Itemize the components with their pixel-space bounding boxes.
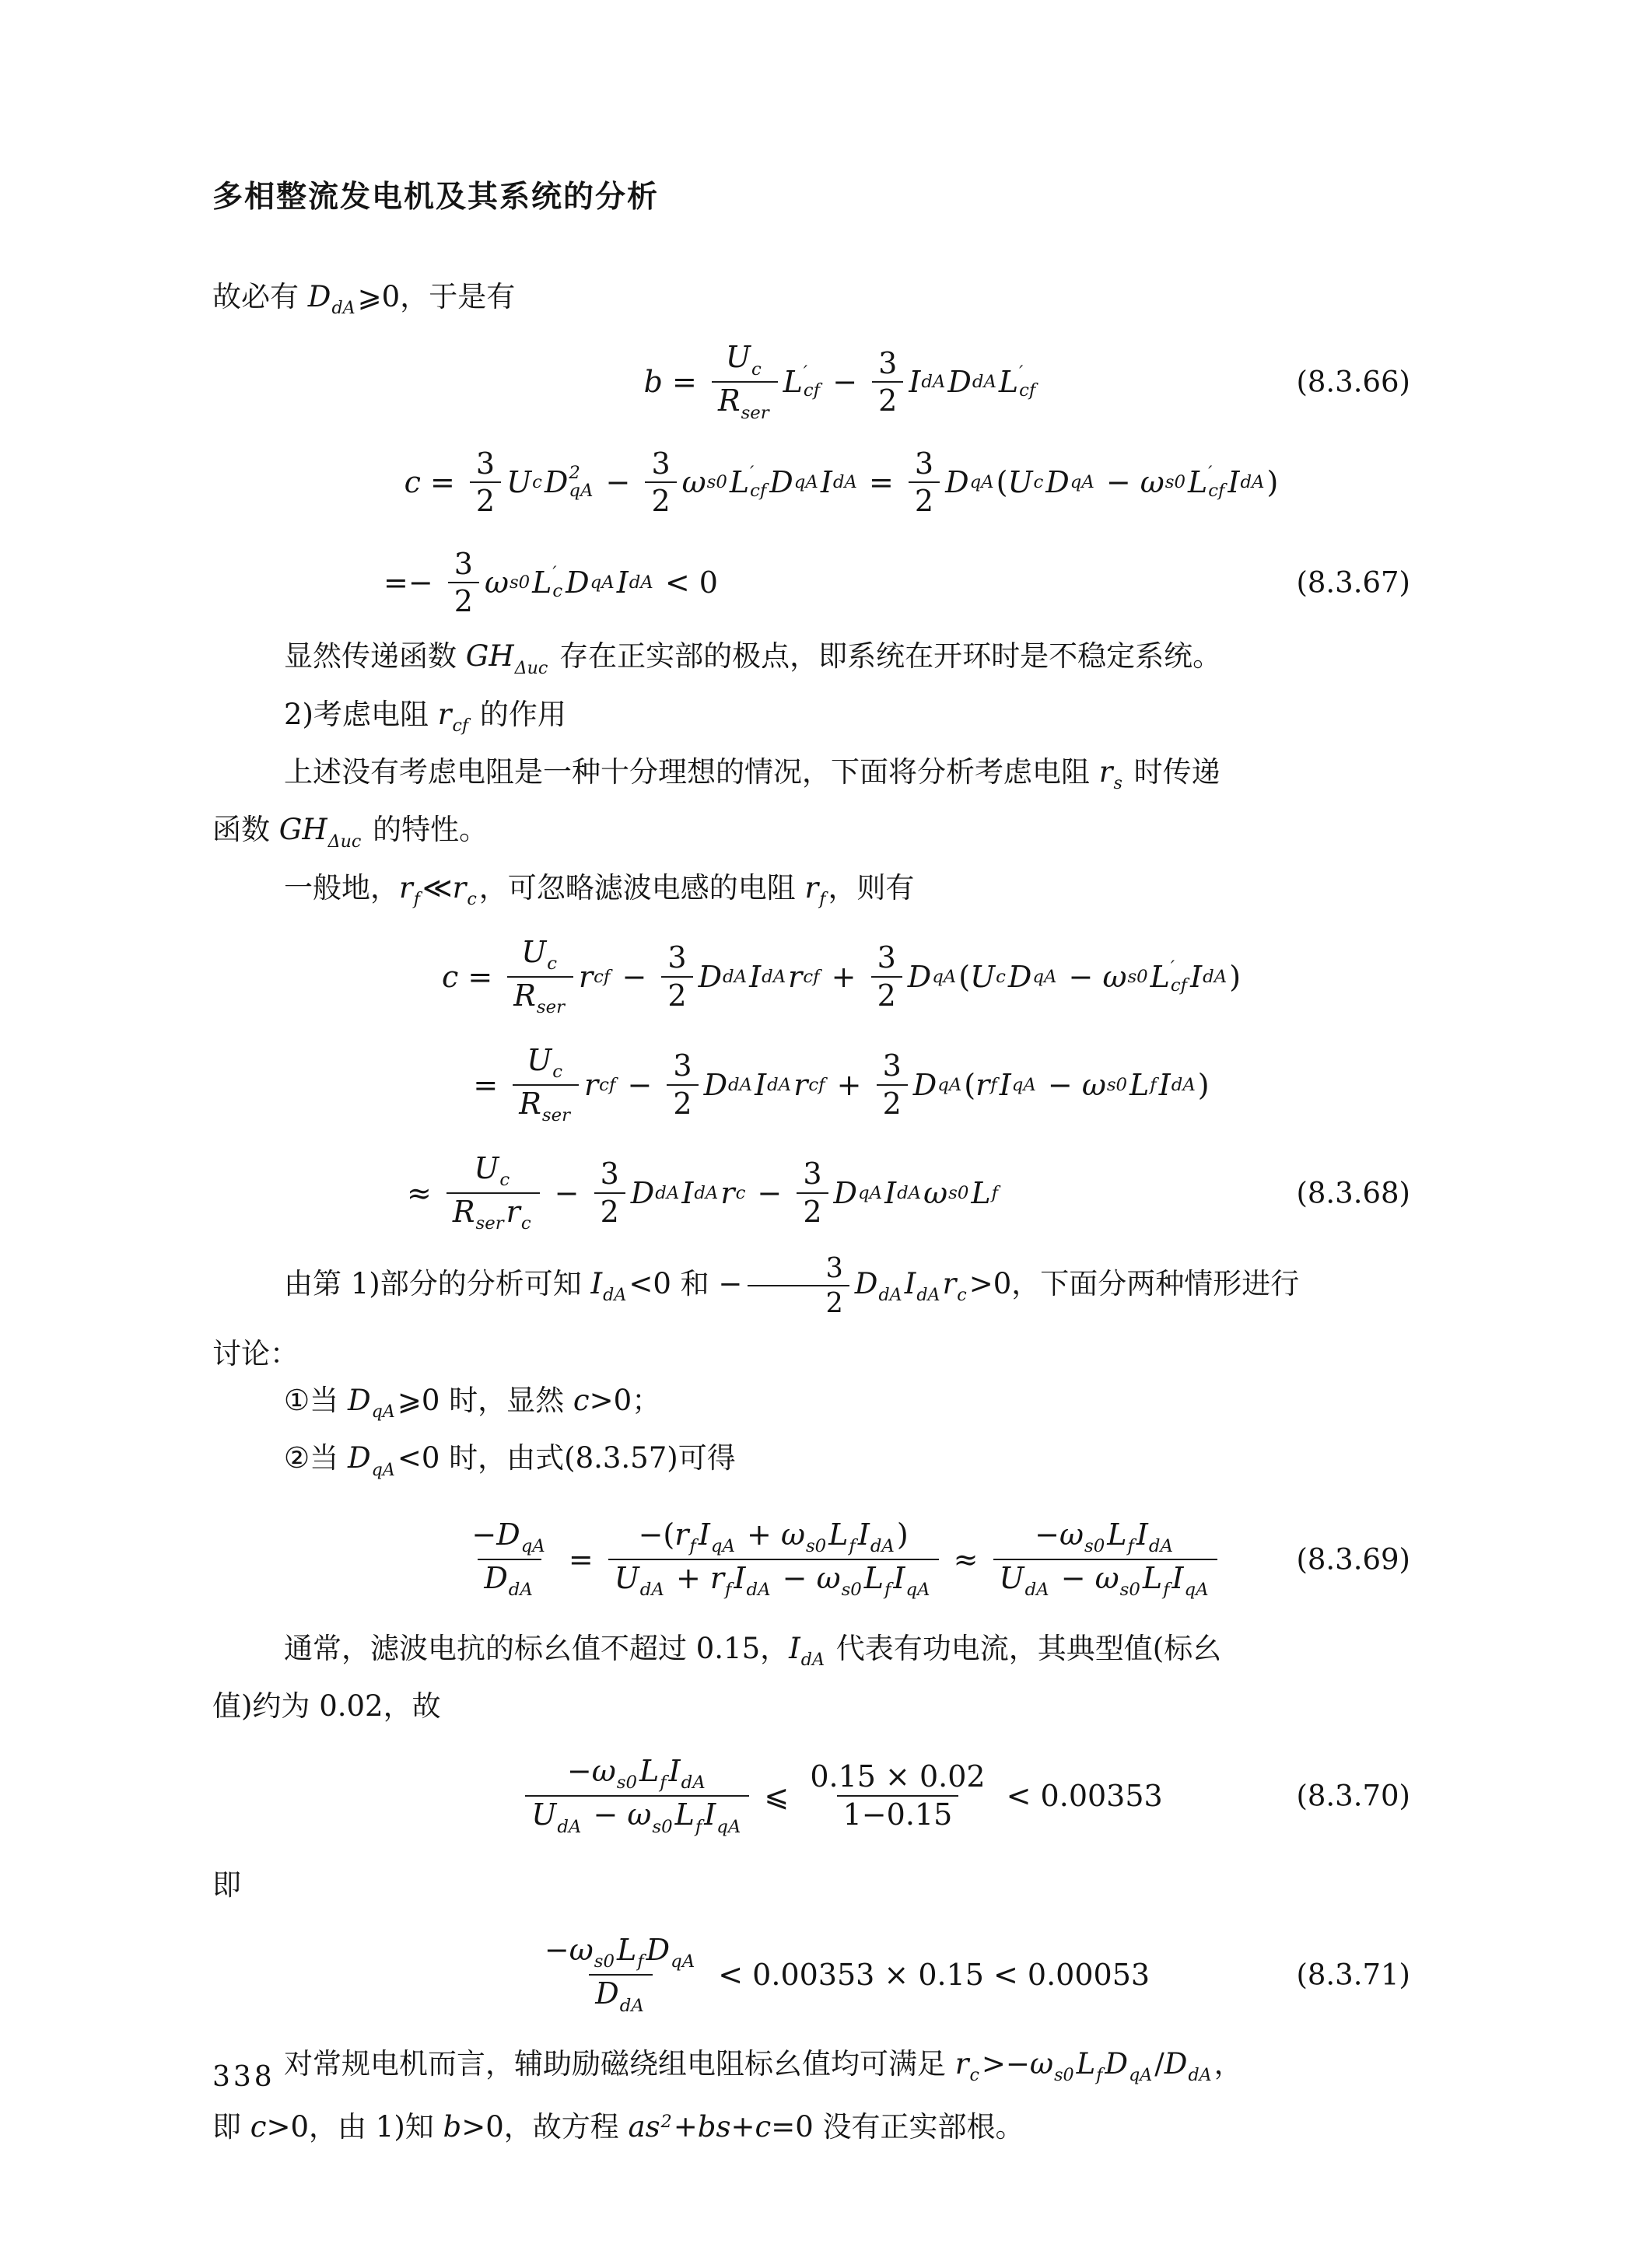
math-token: ( [958,960,970,994]
math-token: qA [521,1536,545,1556]
math-token: = [663,365,706,399]
math-token: dA [762,967,786,987]
math-token: UcRser [513,1042,579,1128]
math-token: + [667,1561,710,1595]
math-token: 即 [212,2111,250,2144]
math-token: cf [804,382,820,400]
math-token: dA [878,1285,902,1305]
paragraph-unstable-system: 显然传递函数 GHΔuc 存在正实部的极点，即系统在开环时是不稳定系统。 [212,633,1470,691]
math-token: 2 [909,481,940,520]
math-token: qA [711,1536,735,1556]
math-token: =− [383,565,443,600]
math-token: I [1172,1561,1184,1595]
math-token: c [467,889,476,909]
math-token: ω [1102,960,1126,994]
math-token: 通常，滤波电抗的标幺值不超过 0.15， [284,1632,789,1665]
math-token: U [726,340,751,374]
math-token: 3 [454,547,473,581]
math-token: c [552,1062,562,1082]
equation-body: ≈ UcRserrc − 32DdAIdArc − 32DqAIdAωs0Lf [407,1150,1000,1236]
math-token: c [755,2111,771,2144]
math-token: L [1129,1068,1149,1102]
math-token: U [527,1043,552,1077]
math-token: qA [937,1075,961,1095]
math-token: r [674,1517,688,1552]
math-token: −ωs0LfDqADdA [538,1932,703,2018]
math-token: D [1008,960,1031,994]
math-token: − [1097,465,1140,499]
math-token: U [531,1797,556,1832]
equation-body: c = 32UcD2qA − 32ωs0L′cfDqAIdA = 32DqA(U… [404,446,1279,520]
math-token: D [566,565,589,600]
math-token: ω [485,565,509,600]
math-token: c [1033,472,1043,492]
math-token: = [860,465,903,499]
math-token: 3 [797,1156,828,1192]
math-token: dA [629,572,653,593]
page-content: 多相整流发电机及其系统的分析 故必有 DdA⩾0，于是有 b = UcRserL… [212,173,1470,2151]
math-token: 2 [476,484,495,518]
math-token: c [969,2065,979,2085]
math-token: + [674,2111,698,2144]
math-token: −DqA [465,1517,553,1559]
math-token: 3 [883,1048,902,1083]
math-token: s0 [842,1580,862,1600]
math-token: 3 [448,546,479,583]
math-token: ω [682,465,706,499]
math-token: 2 [915,484,933,518]
math-token: c [957,1285,966,1305]
math-token: ) [1198,1068,1210,1102]
math-token: I [884,1176,896,1210]
math-token: I [789,1632,800,1665]
equation-8-3-68-line3: ≈ UcRserrc − 32DdAIdArc − 32DqAIdAωs0Lf … [212,1139,1470,1247]
math-token: cf [452,716,468,736]
math-token: r [788,960,802,994]
math-token: = [421,465,464,499]
math-token: qA [1032,967,1056,987]
math-token: D [913,1068,937,1102]
math-token: s0 [594,1951,615,1972]
math-token: 3 [825,1252,842,1284]
math-token: qA [671,1951,695,1972]
math-token: Rser [507,976,573,1020]
math-token: L [1150,960,1170,994]
math-token: b [443,2111,462,2144]
math-token: cf [1019,382,1035,400]
math-token: Rser [513,1084,579,1128]
math-token: ω [592,1754,616,1788]
math-token: r [805,871,819,905]
paragraph-ideal-case-line2: 函数 GHΔuc 的特性。 [212,807,1470,864]
math-token: qA [905,1580,930,1600]
math-token: s0 [1165,472,1185,492]
equation-number: (8.3.70) [1296,1780,1410,1813]
math-token: r [793,1068,807,1102]
math-token: c [521,1213,531,1234]
paragraph-conclusion-lead: 故必有 DdA⩾0，于是有 [212,274,1470,331]
math-token: D [631,1176,654,1210]
math-token: UcRser [712,339,778,425]
math-token: I [704,1797,716,1832]
math-token: ω [569,1933,594,1967]
paragraph-case-2: ②当 DqA<0 时，由式(8.3.57)可得 [212,1435,1470,1493]
page-number: 338 [212,2061,275,2093]
math-token: 3 [748,1251,849,1285]
math-token: >0，由 1)知 [267,2111,443,2144]
math-token: = [473,1068,507,1102]
math-token: + [822,960,866,994]
math-token: 2 [872,381,903,419]
math-token: ′ [1171,959,1175,977]
math-token: c [573,1384,590,1417]
equation-body: =− 32ωs0L′cDqAIdA < 0 [383,546,718,620]
math-token: ⩽ [755,1779,798,1813]
math-token: a [629,2111,646,2144]
math-token: ser [542,1105,570,1125]
math-token: ≈ [944,1542,988,1577]
math-token: I [909,365,920,399]
math-token: 一般地， [284,871,399,905]
paragraph-neglect-rf: 一般地，rf≪rc，可忽略滤波电感的电阻 rf，则有 [212,865,1470,922]
running-header: 多相整流发电机及其系统的分析 [212,173,1470,216]
math-token: < 0 [656,565,718,600]
math-token: 对常规电机而言，辅助励磁绕组电阻标幺值均可满足 [284,2047,955,2081]
math-token: qA [1070,472,1094,492]
math-token: −DqADdA [465,1517,553,1602]
math-token: I [749,960,761,994]
math-token: I [858,1517,870,1552]
math-token: f [992,1183,998,1203]
math-token: 3 [878,346,897,380]
math-token: s0 [948,1183,968,1203]
math-token: ω [923,1176,947,1210]
math-token: ′cf [750,464,766,501]
math-token: + [828,1068,871,1102]
math-token: ω [817,1561,841,1595]
math-token: 2 [883,1087,902,1121]
math-token: cf [1171,977,1187,995]
math-token: dA [728,1075,752,1095]
math-token: f [819,889,825,909]
math-token: + [737,1517,781,1552]
math-token: ser [537,997,565,1017]
math-token: 2 [871,976,902,1014]
math-token: 3 [476,446,495,481]
math-token: dA [747,1580,771,1600]
math-token: 2 [470,481,501,520]
math-token: ′cf [1019,364,1035,401]
math-token: DdA [478,1559,541,1602]
math-token: ω [1030,2047,1053,2081]
math-token: dA [1203,967,1227,987]
math-token: ser [741,403,769,423]
math-token: >0； [590,1384,661,1417]
math-token: 2 [594,1192,625,1230]
math-token: Rser [712,381,778,425]
math-token: 2 [667,1084,698,1122]
paragraph-section-2-heading: 2)考虑电阻 rcf 的作用 [212,691,1470,749]
math-token: D [908,960,931,994]
math-token: f [1127,1536,1133,1556]
math-token: D [704,1068,727,1102]
math-token: I [1190,960,1202,994]
math-token: − [1038,1068,1082,1102]
equation-8-3-67: =− 32ωs0L′cDqAIdA < 0 (8.3.67) [212,533,1470,632]
math-token: ′ [1019,364,1023,382]
math-token: 由第 1)部分的分析可知 [284,1267,591,1300]
math-token: f [884,1580,891,1600]
math-token: cf [1208,482,1224,500]
math-token: I [617,565,629,600]
math-token: c [547,954,557,974]
math-token: D [769,465,793,499]
math-token: −(rfIqA + ωs0LfIdA)UdA + rfIdA − ωs0LfIq… [608,1517,939,1602]
math-token: ω [1059,1517,1084,1552]
math-token: L [864,1561,884,1595]
math-token: r [1099,755,1113,789]
math-token: qA [1129,2065,1152,2085]
math-token: − [567,1754,592,1788]
math-token: ω [1095,1561,1119,1595]
math-token: dA [509,1580,533,1600]
math-token: r [710,1561,724,1595]
math-token: ′ [1208,464,1212,482]
math-token: 3 [645,446,676,482]
math-token: 32 [872,345,903,419]
math-token: D [308,280,331,313]
math-token: f [1163,1580,1169,1600]
math-token: c [552,583,562,600]
math-token: ①当 [284,1384,348,1417]
math-token: cf [803,967,819,987]
math-token: I [893,1561,905,1595]
math-token: 2 [569,464,580,482]
math-token: <0 时，由式(8.3.57)可得 [397,1441,736,1475]
equation-number: (8.3.71) [1296,1958,1410,1992]
math-token: D [1164,2047,1188,2081]
math-token: 32 [877,1048,908,1122]
math-token: U [1007,465,1032,499]
math-token: ′cf [1171,959,1187,996]
equation-8-3-70: −ωs0LfIdAUdA − ωs0LfIqA ⩽ 0.15 × 0.021−0… [212,1731,1470,1861]
math-token: 代表有功电流，其典型值(标幺 [827,1632,1221,1665]
math-token: − [583,1797,627,1832]
math-token: >0，故方程 [461,2111,628,2144]
math-token: I [699,1517,710,1552]
math-token: − [612,960,656,994]
math-token: D [595,1976,618,2011]
equation-body: −ωs0LfIdAUdA − ωs0LfIqA ⩽ 0.15 × 0.021−0… [520,1753,1162,1839]
math-token: D [1045,465,1069,499]
math-token: D [947,365,971,399]
math-token: 3 [871,940,902,976]
math-token: − [1052,1561,1095,1595]
math-token: −ωs0LfIdAUdA − ωs0LfIqA [993,1517,1217,1602]
math-token: dA [1025,1580,1049,1600]
math-token: qA [858,1183,882,1203]
math-token: 2 [448,582,479,620]
math-token: 2 [803,1195,821,1229]
math-token: 2 [877,978,896,1013]
math-token: 1−0.15 [837,1795,959,1833]
math-token: f [414,889,420,909]
math-token: = [559,1542,603,1577]
math-token: U [970,960,995,994]
math-token: ω [781,1517,805,1552]
paragraph-two-cases-lead: 由第 1)部分的分析可知 IdA<0 和 −32DdAIdArc>0，下面分两种… [212,1251,1470,1326]
equation-8-3-66: b = UcRserL′cf − 32IdADdAL′cf (8.3.66) [212,332,1470,432]
math-token: dA [833,472,857,492]
math-token: 2)考虑电阻 [284,698,438,731]
math-token: D [855,1267,878,1300]
math-token: I [905,1267,916,1300]
math-token: 故必有 [212,280,308,313]
math-token: 0.15 × 0.02 [804,1759,991,1795]
math-token: < 0.00353 [997,1779,1163,1813]
math-token: 3 [877,1048,908,1084]
math-token: U [474,1151,499,1185]
math-token: − [545,1933,569,1967]
math-token: ′ [750,464,754,482]
math-token: c [499,1170,510,1190]
math-token: 3 [803,1157,821,1191]
math-token: dA [331,298,355,318]
equation-body: −DqADdA = −(rfIqA + ωs0LfIdA)UdA + rfIdA… [460,1517,1222,1602]
math-token: cf [594,967,610,987]
math-token: ≪ [422,871,453,905]
math-token: L [1077,2047,1096,2081]
math-token: 2 [667,978,686,1013]
math-token: D [1105,2047,1128,2081]
math-token: s0 [652,1817,672,1837]
math-token: D [945,465,968,499]
math-token: f [1096,2065,1102,2085]
math-token: −( [639,1517,675,1552]
math-token: dA [603,1285,626,1305]
math-token: + [730,2111,755,2144]
paragraph-discussion-label: 讨论： [212,1331,1470,1377]
math-token: I [1159,1068,1171,1102]
math-token: ser [476,1213,504,1234]
math-token: dA [1149,1536,1173,1556]
math-token: dA [921,372,945,392]
math-token: dA [655,1183,679,1203]
equation-body: b = UcRserL′cf − 32IdADdAL′cf [644,339,1039,425]
math-token: r [584,1068,598,1102]
math-token: 3 [909,446,940,482]
math-token: 2 [661,2112,672,2132]
math-token: UcRserrc [447,1150,540,1236]
math-token: f [990,1075,996,1095]
math-token: Uc [520,1042,571,1084]
paragraph-per-unit-line1: 通常，滤波电抗的标幺值不超过 0.15，IdA 代表有功电流，其典型值(标幺 [212,1626,1470,1683]
math-token: I [669,1754,681,1788]
equation-8-3-71: −ωs0LfDqADdA < 0.00353 × 0.15 < 0.00053 … [212,1909,1470,2040]
math-token: / [1154,2047,1164,2081]
math-token: qA [372,1402,395,1422]
math-token: dA [1240,472,1264,492]
math-token: >− [982,2047,1030,2081]
math-token: c [404,465,421,499]
math-token: s0 [1084,1536,1105,1556]
math-token: 2 [661,976,692,1014]
paragraph-conclusion-line2: 即 c>0，由 1)知 b>0，故方程 as2+bs+c=0 没有正实部根。 [212,2098,1470,2151]
math-token: cf [750,482,766,500]
math-token: dA [681,1773,706,1793]
math-token: f [689,1536,695,1556]
math-token: 2 [454,584,473,618]
math-token: 2 [645,481,676,520]
math-token: UdA + rfIdA − ωs0LfIqA [608,1559,939,1602]
math-token: r [438,698,452,731]
math-token: ′ [552,565,556,583]
math-token: 函数 [212,813,279,846]
math-token: f [1150,1075,1156,1095]
math-token: cf [599,1075,615,1095]
math-token: < 0.00353 × 0.15 < 0.00053 [709,1958,1150,1992]
math-token: −ωs0LfIdA [561,1753,714,1795]
book-page: 多相整流发电机及其系统的分析 故必有 DdA⩾0，于是有 b = UcRserL… [0,0,1625,2268]
math-token: 的作用 [471,698,566,731]
math-token: 32 [871,940,902,1013]
math-token: U [506,465,531,499]
math-token: Rserrc [447,1192,540,1236]
equation-8-3-69: −DqADdA = −(rfIqA + ωs0LfIdA)UdA + rfIdA… [212,1494,1470,1625]
math-token: 3 [661,940,692,976]
math-token: 3 [667,940,686,975]
math-token: L [783,365,803,399]
math-token: ′ [804,364,807,382]
math-token: D [484,1561,507,1595]
math-token: I [734,1561,745,1595]
math-token: dA [870,1536,895,1556]
math-token: r [975,1068,989,1102]
math-token: f [849,1536,855,1556]
math-token: L [730,465,749,499]
math-token: 3 [673,1048,692,1083]
math-token: 2 [877,1084,908,1122]
math-token: U [521,935,546,969]
math-token: dA [620,1996,644,2016]
math-token: ω [1082,1068,1106,1102]
math-token: cf [808,1075,825,1095]
math-token: r [720,1176,734,1210]
math-token: 32 [909,446,940,520]
math-token: 3 [667,1048,698,1084]
math-token: R [453,1195,475,1229]
math-token: − [471,1517,496,1552]
math-token: r [579,960,593,994]
paragraph-ideal-case-line1: 上述没有考虑电阻是一种十分理想的情况，下面将分析考虑电阻 rs 时传递 [212,749,1470,807]
math-token: L [617,1933,636,1967]
math-token: qA [970,472,994,492]
math-token: 32 [797,1156,828,1230]
math-token: ( [964,1068,975,1102]
math-token: ， [1214,2047,1243,2081]
math-token: dA [1188,2065,1211,2085]
equation-body: = UcRserrcf − 32DdAIdArcf + 32DqA(rfIqA … [473,1042,1209,1128]
math-token: dA [801,1650,825,1670]
math-token: I [681,1176,693,1210]
math-token: 2 [651,484,670,518]
math-token: 即 [212,1868,241,1902]
math-token: r [453,871,467,905]
math-token: 2 [878,383,897,418]
math-token: − [1059,960,1102,994]
math-token: ω [1140,465,1164,499]
math-token: Δuc [328,831,362,852]
